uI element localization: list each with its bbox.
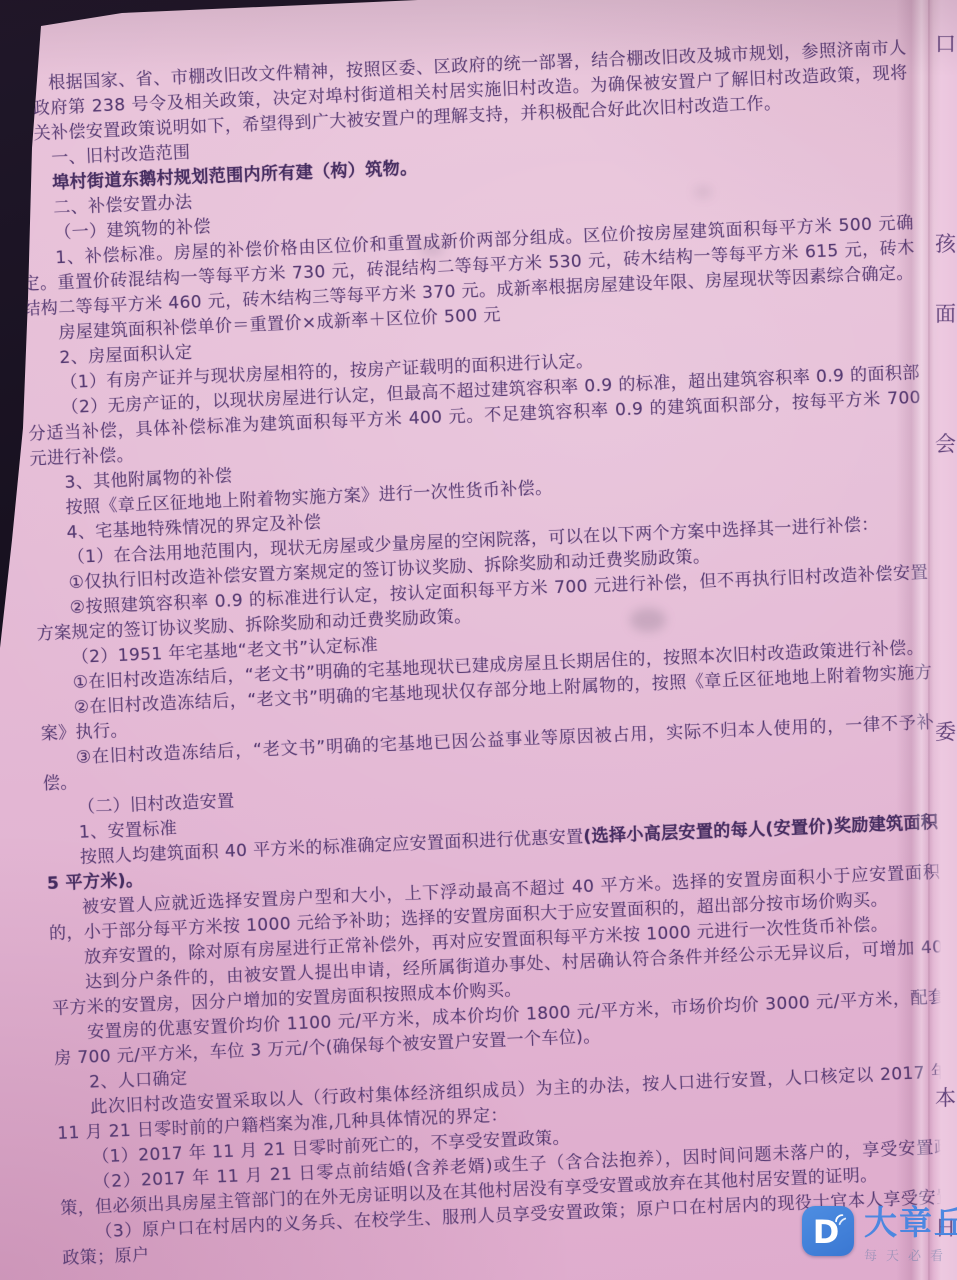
watermark-subtitle: 每天必看 — [864, 1245, 957, 1264]
adjacent-page-character: 面 — [935, 298, 957, 328]
watermark-text: 大章丘 每天必看 — [864, 1206, 957, 1264]
adjacent-page-edge: 口孩面会委本日 — [928, 0, 957, 1280]
adjacent-page-character: 本 — [935, 1082, 957, 1112]
signal-icon — [834, 1213, 848, 1227]
document-page: 根据国家、省、市棚改旧改文件精神，按照区委、区政府的统一部署，结合棚改旧改及城市… — [0, 0, 957, 1280]
adjacent-page-character: 孩 — [935, 228, 957, 258]
adjacent-page-character: 口 — [935, 28, 957, 58]
adjacent-page-character: 会 — [935, 428, 957, 458]
watermark-da-zhangqiu: D 大章丘 每天必看 — [802, 1206, 957, 1264]
adjacent-page-character: 委 — [935, 716, 957, 746]
watermark-title: 大章丘 — [864, 1206, 957, 1241]
photo-background: 根据国家、省、市棚改旧改文件精神，按照区委、区政府的统一部署，结合棚改旧改及城市… — [0, 0, 957, 1280]
brand-logo-icon: D — [802, 1206, 854, 1256]
document-text: 根据国家、省、市棚改旧改文件精神，按照区委、区政府的统一部署，结合棚改旧改及城市… — [14, 36, 955, 1272]
